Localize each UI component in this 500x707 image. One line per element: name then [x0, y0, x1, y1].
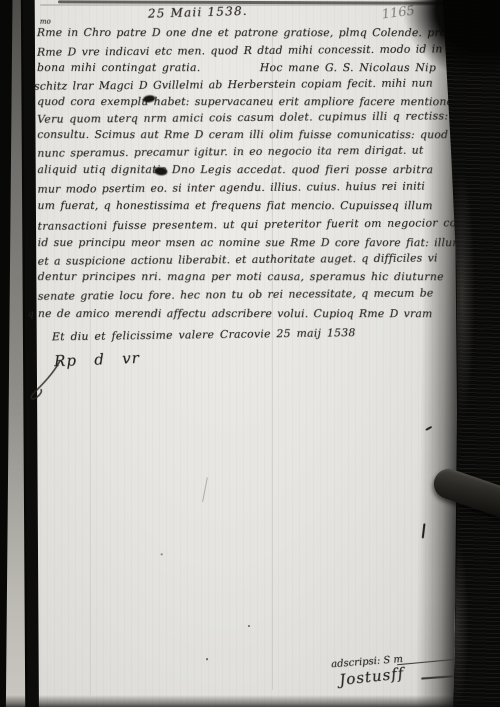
bottom-edge-shadow	[0, 695, 500, 707]
margin-mark: q	[28, 310, 34, 320]
text-line: um fuerat, q honestissima et frequens fi…	[37, 199, 441, 213]
text-line: Veru quom uterq nrm amici cois casum dol…	[37, 109, 441, 126]
text-line: dentur principes nri. magna per moti cau…	[38, 270, 442, 284]
paper-scratch	[202, 477, 208, 502]
ink-speck	[248, 625, 250, 627]
ink-speck	[422, 523, 426, 538]
text-line: transactioni fuisse presentem. ut qui pr…	[37, 216, 441, 233]
date-heading: 25 Maii 1538.	[148, 4, 248, 21]
text-line: consultu. Scimus aut Rme D ceram illi ol…	[37, 128, 441, 142]
text-line: mur modo psertim eo. si inter agendu. il…	[37, 179, 441, 196]
valediction-line: Et diu et felicissime valere Cracovie 25…	[52, 326, 356, 343]
text-line: aliquid utiq dignitatis Dno Legis acceda…	[37, 163, 441, 177]
superscript-mark: mo	[40, 18, 51, 26]
letter-text-layer: 25 Maii 1538. 1165 mo Rme in Chro patre …	[0, 0, 500, 707]
text-line: ne de amico merendi affectu adscribere v…	[38, 307, 442, 321]
paraph-flourish	[22, 356, 118, 408]
text-line: bona mihi contingat gratia. Hoc mane G. …	[37, 61, 441, 75]
text-line: Rme in Chro patre D one dne et patrone g…	[37, 26, 441, 40]
docket-flourish-stroke	[397, 659, 459, 666]
top-right-corner-shadow	[404, 0, 500, 78]
text-line: schitz lrar Magci D Gvillelmi ab Herbers…	[34, 76, 438, 93]
text-line: quod cora exemplu habet: supervacaneu er…	[37, 95, 441, 109]
text-line: id sue principu meor msen ac nomine sue …	[38, 236, 442, 250]
text-line: Rme D vre indicavi etc men. quod R dtad …	[37, 42, 441, 59]
text-line: senate gratie locu fore. hec non tu ob r…	[38, 286, 442, 303]
ink-speck	[161, 553, 163, 555]
text-line: nunc speramus. precamur igitur. in eo ne…	[37, 143, 441, 160]
ink-speck	[425, 426, 432, 431]
text-line: et a suspicione actionu liberabit. et au…	[38, 251, 442, 268]
manuscript-scan: 25 Maii 1538. 1165 mo Rme in Chro patre …	[0, 0, 500, 707]
ink-speck	[206, 658, 208, 660]
